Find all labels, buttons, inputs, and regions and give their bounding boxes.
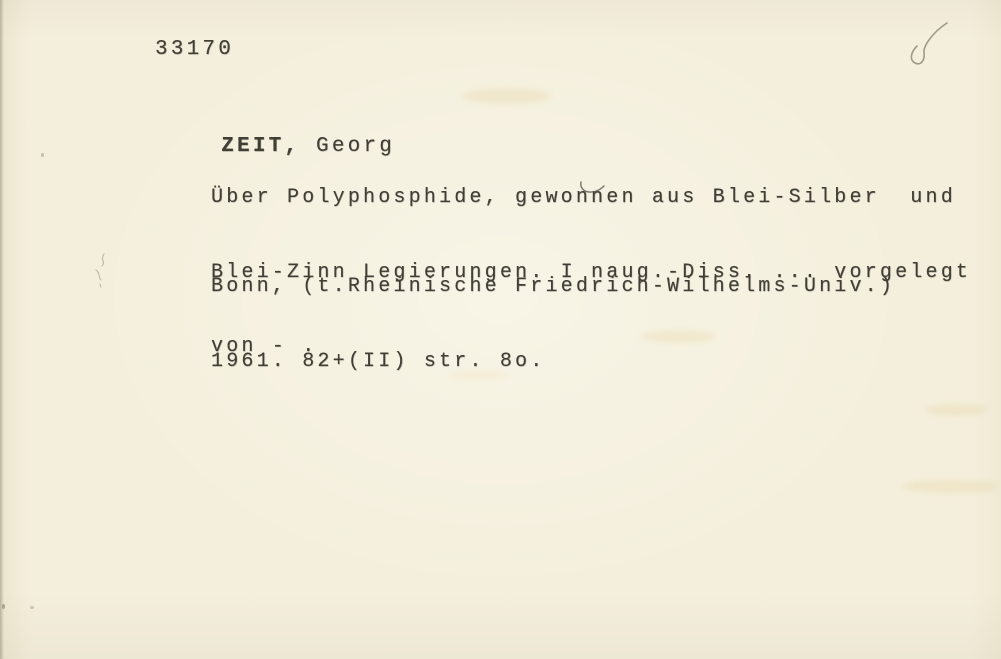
paper-speck [2,604,5,609]
imprint-line: Bonn, (t.Rheinische Friedrich-Wilhelms-U… [211,275,895,304]
pencil-squiggle-mark [90,250,112,288]
card-number: 33170 [155,38,234,61]
pencil-checkmark-icon [903,20,959,72]
paper-stain [902,480,998,493]
catalog-card: 33170 ZEIT, Georg Über Polyphosphide, ge… [0,0,1001,659]
imprint-line: 1961. 82+(II) str. 8o. [211,350,895,379]
card-left-edge [0,0,4,659]
ligature-tie-mark [578,180,612,200]
paper-stain [462,88,552,104]
imprint-block: Bonn, (t.Rheinische Friedrich-Wilhelms-U… [211,229,895,424]
paper-speck [41,153,44,157]
paper-speck [30,606,34,609]
